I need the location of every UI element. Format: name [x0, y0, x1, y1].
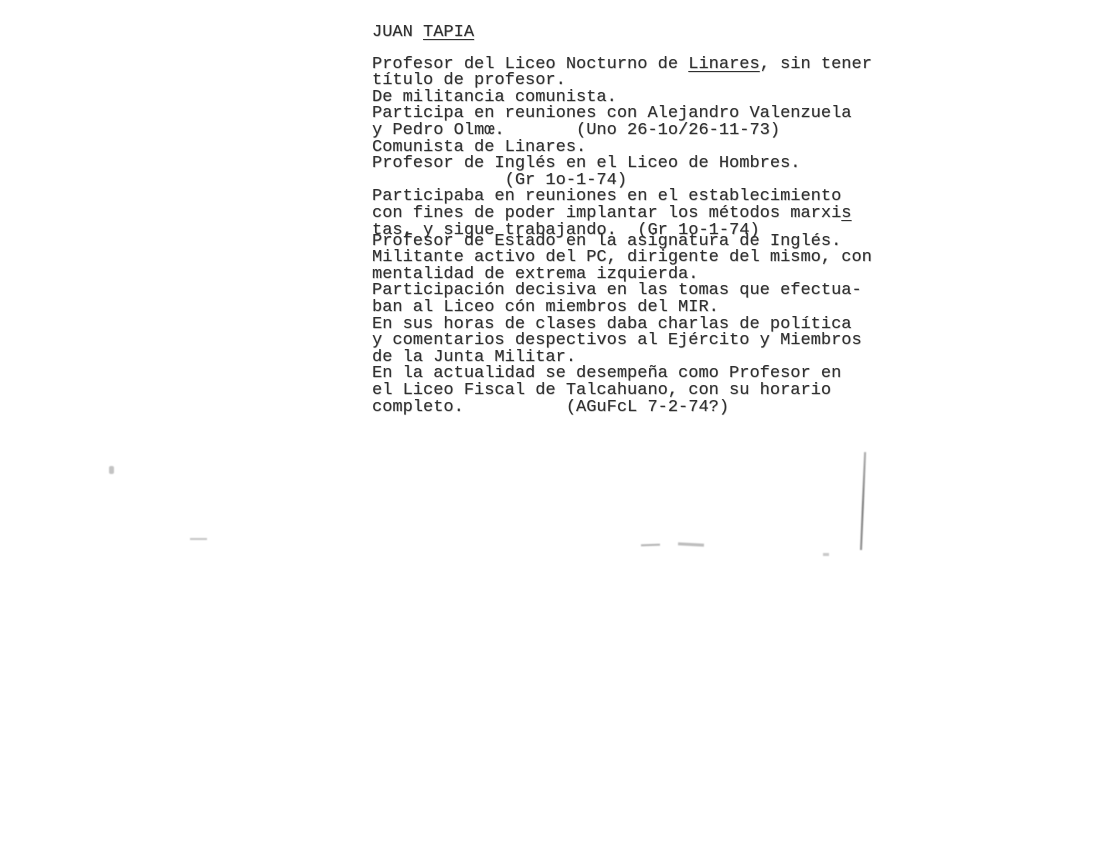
- document-body: Profesor del Liceo Nocturno de Linares, …: [372, 57, 872, 417]
- scan-artifact-speck: [109, 466, 114, 474]
- underlined-text: Linares: [688, 55, 759, 74]
- scan-artifact-smudge: [641, 544, 660, 547]
- scan-artifact-dash: [190, 538, 207, 540]
- underlined-text: TAPIA: [423, 23, 474, 42]
- document-text-block: JUAN TAPIA Profesor del Liceo Nocturno d…: [372, 25, 872, 416]
- underlined-text: s: [841, 204, 851, 223]
- scanned-document-page: JUAN TAPIA Profesor del Liceo Nocturno d…: [0, 0, 1100, 850]
- text-segment: completo. (AGuFcL 7-2-74?): [372, 398, 729, 417]
- text-segment: , sin tener: [760, 55, 872, 74]
- document-title: JUAN TAPIA: [372, 25, 872, 42]
- text-segment: JUAN: [372, 23, 423, 42]
- scan-artifact-smudge: [678, 542, 704, 546]
- scan-artifact-speck: [823, 553, 829, 556]
- scan-artifact-vertical-stray-line: [860, 452, 866, 550]
- text-line: completo. (AGuFcL 7-2-74?): [372, 400, 872, 417]
